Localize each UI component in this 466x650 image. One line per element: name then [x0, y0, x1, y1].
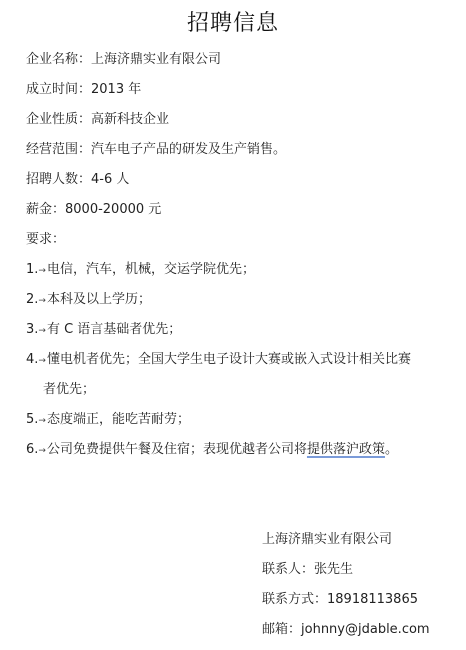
headcount-value: 4-6 人: [91, 172, 129, 187]
company-name-value: 上海济鼎实业有限公司: [91, 52, 221, 67]
requirement-item: 2.→本科及以上学历；: [26, 291, 151, 310]
contact-person-label: 联系人：: [262, 562, 314, 577]
tab-arrow-icon: →: [38, 416, 46, 426]
founded-label: 成立时间：: [26, 82, 91, 97]
contact-phone-line: 联系方式：18918113865: [262, 591, 418, 609]
requirements-heading: 要求：: [26, 231, 65, 249]
contact-phone: 18918113865: [327, 592, 418, 607]
requirement-text: 态度端正，能吃苦耐劳；: [47, 412, 190, 427]
requirement-text: 懂电机者优先；全国大学生电子设计大赛或嵌入式设计相关比赛: [47, 352, 411, 367]
requirement-number: 5.: [26, 412, 38, 427]
tab-arrow-icon: →: [38, 326, 46, 336]
requirement-number: 3.: [26, 322, 38, 337]
requirement-number: 2.: [26, 292, 38, 307]
nature-line: 企业性质：高新科技企业: [26, 111, 169, 129]
requirement-text: 公司免费提供午餐及住宿；表现优越者公司将: [47, 442, 307, 457]
requirement-number: 4.: [26, 352, 38, 367]
requirement-item: 1.→电信，汽车，机械，交运学院优先；: [26, 261, 255, 280]
requirement-number: 6.: [26, 442, 38, 457]
requirement-item: 4.→懂电机者优先；全国大学生电子设计大赛或嵌入式设计相关比赛: [26, 351, 411, 370]
requirement-continuation: 者优先；: [43, 381, 95, 399]
founded-line: 成立时间：2013 年: [26, 81, 141, 99]
tab-arrow-icon: →: [38, 266, 46, 276]
requirement-item: 3.→有 C 语言基础者优先；: [26, 321, 181, 340]
scope-label: 经营范围：: [26, 142, 91, 157]
salary-line: 薪金：8000-20000 元: [26, 201, 161, 219]
company-name-line: 企业名称：上海济鼎实业有限公司: [26, 51, 221, 69]
scope-line: 经营范围：汽车电子产品的研发及生产销售。: [26, 141, 286, 159]
requirement-text: 本科及以上学历；: [47, 292, 151, 307]
page-title: 招聘信息: [0, 6, 466, 37]
salary-value: 8000-20000 元: [65, 202, 161, 217]
tab-arrow-icon: →: [38, 296, 46, 306]
contact-person: 张先生: [314, 562, 353, 577]
company-name-label: 企业名称：: [26, 52, 91, 67]
underlined-phrase: 提供落沪政策: [307, 442, 385, 457]
salary-label: 薪金：: [26, 202, 65, 217]
requirement-item: 6.→公司免费提供午餐及住宿；表现优越者公司将提供落沪政策。: [26, 441, 398, 460]
contact-email-label: 邮箱：: [262, 622, 301, 637]
contact-email-line: 邮箱：johnny@jdable.com: [262, 621, 430, 639]
contact-company: 上海济鼎实业有限公司: [262, 531, 392, 549]
requirement-text: 有 C 语言基础者优先；: [47, 322, 181, 337]
tab-arrow-icon: →: [38, 356, 46, 366]
founded-value: 2013 年: [91, 82, 141, 97]
nature-label: 企业性质：: [26, 112, 91, 127]
requirement-text: 电信，汽车，机械，交运学院优先；: [47, 262, 255, 277]
scope-value: 汽车电子产品的研发及生产销售。: [91, 142, 286, 157]
requirement-number: 1.: [26, 262, 38, 277]
requirement-item: 5.→态度端正，能吃苦耐劳；: [26, 411, 190, 430]
requirement-tail: 。: [385, 442, 398, 457]
contact-email: johnny@jdable.com: [301, 622, 430, 637]
contact-person-line: 联系人：张先生: [262, 561, 353, 579]
headcount-label: 招聘人数：: [26, 172, 91, 187]
nature-value: 高新科技企业: [91, 112, 169, 127]
tab-arrow-icon: →: [38, 446, 46, 456]
contact-phone-label: 联系方式：: [262, 592, 327, 607]
headcount-line: 招聘人数：4-6 人: [26, 171, 129, 189]
